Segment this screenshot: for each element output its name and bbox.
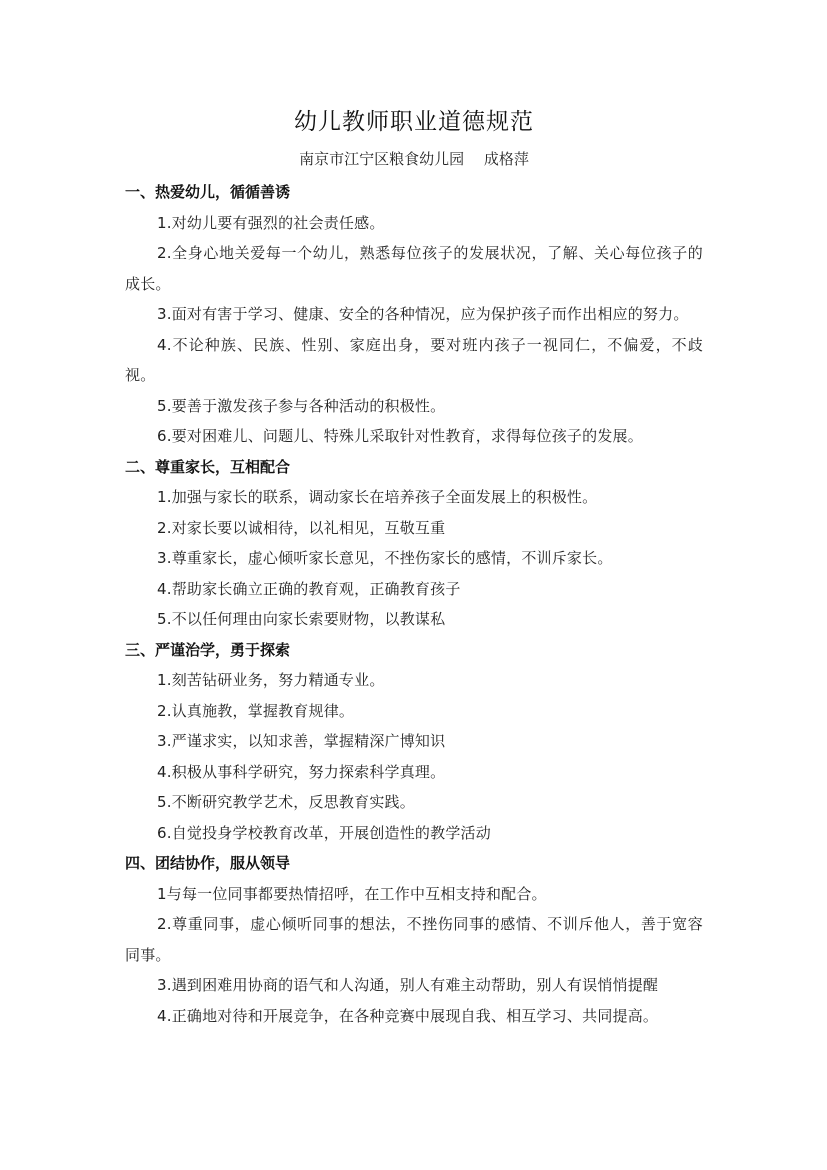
section-heading: 二、尊重家长，互相配合	[125, 452, 703, 483]
section-1: 一、热爱幼儿，循循善诱 1.对幼儿要有强烈的社会责任感。 2.全身心地关爱每一个…	[125, 177, 703, 452]
author-line: 南京市江宁区粮食幼儿园 成格萍	[125, 147, 703, 171]
list-item: 5.要善于激发孩子参与各种活动的积极性。	[125, 391, 703, 422]
list-item: 4.积极从事科学研究，努力探索科学真理。	[125, 757, 703, 788]
section-heading: 四、团结协作，服从领导	[125, 848, 703, 879]
list-item: 1.加强与家长的联系，调动家长在培养孩子全面发展上的积极性。	[125, 482, 703, 513]
list-item: 3.遇到困难用协商的语气和人沟通，别人有难主动帮助，别人有误悄悄提醒	[125, 970, 703, 1001]
section-heading: 一、热爱幼儿，循循善诱	[125, 177, 703, 208]
section-3: 三、严谨治学，勇于探索 1.刻苦钻研业务，努力精通专业。 2.认真施教，掌握教育…	[125, 635, 703, 849]
section-2: 二、尊重家长，互相配合 1.加强与家长的联系，调动家长在培养孩子全面发展上的积极…	[125, 452, 703, 635]
list-item: 3.尊重家长，虚心倾听家长意见，不挫伤家长的感情，不训斥家长。	[125, 543, 703, 574]
section-heading: 三、严谨治学，勇于探索	[125, 635, 703, 666]
list-item: 2.全身心地关爱每一个幼儿，熟悉每位孩子的发展状况，了解、关心每位孩子的成长。	[125, 238, 703, 299]
list-item: 2.对家长要以诚相待，以礼相见，互敬互重	[125, 513, 703, 544]
section-4: 四、团结协作，服从领导 1与每一位同事都要热情招呼，在工作中互相支持和配合。 2…	[125, 848, 703, 1031]
list-item: 1.刻苦钻研业务，努力精通专业。	[125, 665, 703, 696]
list-item: 2.尊重同事，虚心倾听同事的想法，不挫伤同事的感情、不训斥他人，善于宽容同事。	[125, 909, 703, 970]
list-item: 3.面对有害于学习、健康、安全的各种情况，应为保护孩子而作出相应的努力。	[125, 299, 703, 330]
list-item: 5.不以任何理由向家长索要财物，以教谋私	[125, 604, 703, 635]
list-item: 2.认真施教，掌握教育规律。	[125, 696, 703, 727]
document-title: 幼儿教师职业道德规范	[125, 106, 703, 138]
list-item: 6.要对困难儿、问题儿、特殊儿采取针对性教育，求得每位孩子的发展。	[125, 421, 703, 452]
list-item: 1与每一位同事都要热情招呼，在工作中互相支持和配合。	[125, 879, 703, 910]
list-item: 4.正确地对待和开展竞争，在各种竞赛中展现自我、相互学习、共同提高。	[125, 1001, 703, 1032]
list-item: 4.不论种族、民族、性别、家庭出身，要对班内孩子一视同仁，不偏爱，不歧视。	[125, 330, 703, 391]
list-item: 6.自觉投身学校教育改革，开展创造性的教学活动	[125, 818, 703, 849]
list-item: 3.严谨求实，以知求善，掌握精深广博知识	[125, 726, 703, 757]
list-item: 4.帮助家长确立正确的教育观，正确教育孩子	[125, 574, 703, 605]
list-item: 5.不断研究教学艺术，反思教育实践。	[125, 787, 703, 818]
document-body: 一、热爱幼儿，循循善诱 1.对幼儿要有强烈的社会责任感。 2.全身心地关爱每一个…	[125, 177, 703, 1031]
list-item: 1.对幼儿要有强烈的社会责任感。	[125, 208, 703, 239]
